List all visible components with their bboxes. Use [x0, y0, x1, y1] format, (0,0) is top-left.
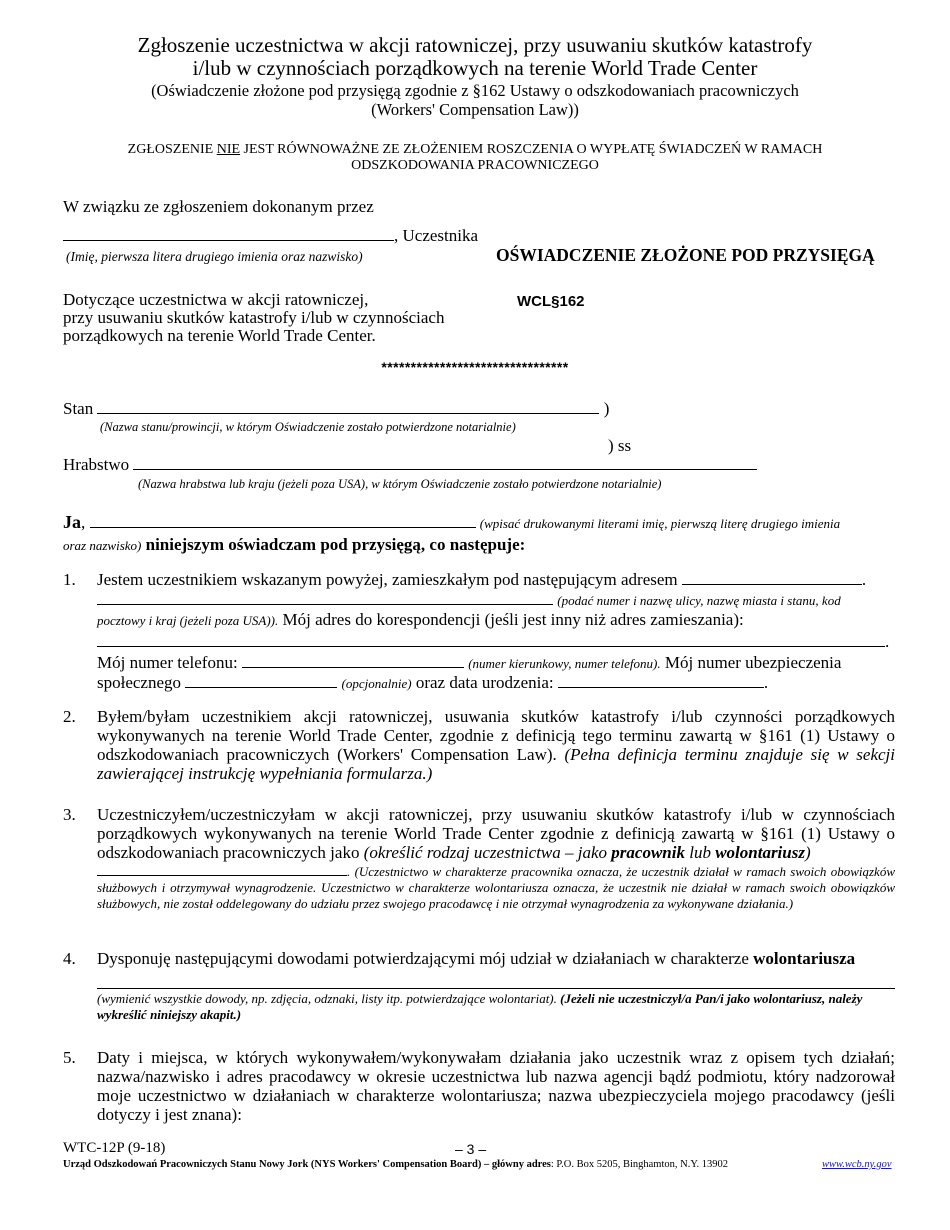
ss-label: ) ss [608, 436, 631, 455]
phone-field[interactable] [242, 653, 464, 668]
ssn-label-2: społecznego [97, 673, 181, 692]
item-3: Uczestniczyłem/uczestniczyłam w akcji ra… [97, 805, 895, 912]
mailing-address-field[interactable] [97, 632, 885, 647]
board-address: : P.O. Box 5205, Binghamton, N.Y. 13902 [551, 1159, 728, 1170]
evidence-field[interactable] [97, 980, 895, 989]
item-3-specify: (określić rodzaj uczestnictwa – jako [364, 843, 612, 862]
phone-hint: (numer kierunkowy, numer telefonu). [468, 656, 660, 671]
item-1: Jestem uczestnikiem wskazanym powyżej, z… [97, 570, 895, 693]
item-5-number: 5. [63, 1048, 76, 1068]
notice-nie: NIE [217, 142, 240, 157]
specify-close: ) [805, 843, 811, 862]
title-line-2: i/lub w czynnościach porządkowych na ter… [0, 57, 950, 80]
mailing-address-label: Mój adres do korespondencji (jeśli jest … [283, 610, 744, 629]
item-4-number: 4. [63, 949, 76, 969]
item-3-number: 3. [63, 805, 76, 825]
state-label: Stan [63, 399, 93, 418]
participation-type-field[interactable] [97, 863, 347, 876]
county-label: Hrabstwo [63, 455, 129, 474]
submitted-by-label: W związku ze zgłoszeniem dokonanym przez [63, 197, 374, 216]
subtitle-line-2: (Workers' Compensation Law)) [0, 100, 950, 119]
ja-label: Ja [63, 512, 81, 532]
item-4-text: Dysponuję następującymi dowodami potwier… [97, 949, 753, 968]
item-2: Byłem/byłam uczestnikiem akcji ratownicz… [97, 707, 895, 783]
oath-statement: Ja, (wpisać drukowanymi literami imię, p… [63, 512, 897, 556]
regarding-line-2: przy usuwaniu skutków katastrofy i/lub w… [63, 309, 444, 327]
notice: ZGŁOSZENIE NIE JEST RÓWNOWAŻNE ZE ZŁOŻEN… [0, 142, 950, 174]
form-subtitle: (Oświadczenie złożone pod przysięgą zgod… [0, 81, 950, 119]
participant-line: , Uczestnika [63, 226, 478, 245]
oath-declaration: niniejszym oświadczam pod przysięgą, co … [146, 535, 526, 554]
state-line: Stan ) [63, 399, 609, 418]
residence-address-field-2[interactable] [97, 590, 553, 605]
state-hint: (Nazwa stanu/prowincji, w którym Oświadc… [100, 420, 516, 435]
oath-hint: (wpisać drukowanymi literami imię, pierw… [480, 516, 840, 531]
item-1-text: Jestem uczestnikiem wskazanym powyżej, z… [97, 570, 678, 589]
address-hint-2: pocztowy i kraj (jeżeli poza USA)). [97, 613, 278, 628]
regarding-text: Dotyczące uczestnictwa w akcji ratownicz… [63, 291, 444, 345]
board-name: Urząd Odszkodowań Pracowniczych Stanu No… [63, 1159, 551, 1170]
item-4-volunteer: wolontariusza [753, 949, 855, 968]
page-number: – 3 – [455, 1141, 486, 1157]
notice-text-2: JEST RÓWNOWAŻNE ZE ZŁOŻENIEM ROSZCZENIA … [240, 142, 822, 157]
item-4: Dysponuję następującymi dowodami potwier… [97, 949, 895, 1023]
notice-line-2: ODSZKODOWANIA PRACOWNICZEGO [0, 158, 950, 174]
volunteer-option: wolontariusz [715, 843, 805, 862]
ssn-label: Mój numer ubezpieczenia [665, 653, 842, 672]
wcl-reference: WCL§162 [517, 293, 585, 310]
residence-address-field[interactable] [682, 570, 862, 585]
affidavit-heading: OŚWIADCZENIE ZŁOŻONE POD PRZYSIĘGĄ [496, 245, 875, 266]
dob-label: oraz data urodzenia: [416, 673, 554, 692]
dob-field[interactable] [558, 673, 764, 688]
county-hint: (Nazwa hrabstwa lub kraju (jeżeli poza U… [138, 477, 661, 492]
footer-board: Urząd Odszkodowań Pracowniczych Stanu No… [63, 1159, 728, 1170]
county-line: Hrabstwo [63, 455, 757, 474]
state-field[interactable] [97, 399, 599, 414]
ja-comma: , [81, 513, 85, 532]
worker-option: pracownik [611, 843, 685, 862]
ssn-field[interactable] [185, 673, 337, 688]
title-line-1: Zgłoszenie uczestnictwa w akcji ratownic… [0, 34, 950, 57]
full-name-field[interactable] [90, 513, 476, 528]
or-text: lub [685, 843, 715, 862]
item-1-number: 1. [63, 570, 76, 590]
state-paren: ) [604, 399, 610, 418]
address-hint: (podać numer i nazwę ulicy, nazwę miasta… [557, 593, 840, 608]
notice-text: ZGŁOSZENIE [128, 142, 217, 157]
subtitle-line-1: (Oświadczenie złożone pod przysięgą zgod… [0, 81, 950, 100]
website-link[interactable]: www.wcb.ny.gov [822, 1159, 892, 1170]
form-title: Zgłoszenie uczestnictwa w akcji ratownic… [0, 34, 950, 80]
phone-label: Mój numer telefonu: [97, 653, 238, 672]
evidence-hint: (wymienić wszystkie dowody, np. zdjęcia,… [97, 991, 557, 1006]
participant-name-field[interactable] [63, 226, 394, 241]
participant-hint: (Imię, pierwsza litera drugiego imienia … [66, 249, 363, 265]
item-5-text: Daty i miejsca, w których wykonywałem/wy… [97, 1048, 895, 1124]
divider-stars: ******************************** [0, 359, 950, 375]
item-2-number: 2. [63, 707, 76, 727]
participant-suffix: , Uczestnika [394, 226, 478, 245]
oath-hint-2: oraz nazwisko) [63, 538, 141, 553]
form-id: WTC-12P (9-18) [63, 1140, 165, 1157]
regarding-line-1: Dotyczące uczestnictwa w akcji ratownicz… [63, 291, 444, 309]
county-field[interactable] [133, 455, 757, 470]
ssn-hint: (opcjonalnie) [342, 676, 412, 691]
regarding-line-3: porządkowych na terenie World Trade Cent… [63, 327, 444, 345]
item-5: Daty i miejsca, w których wykonywałem/wy… [97, 1048, 895, 1124]
